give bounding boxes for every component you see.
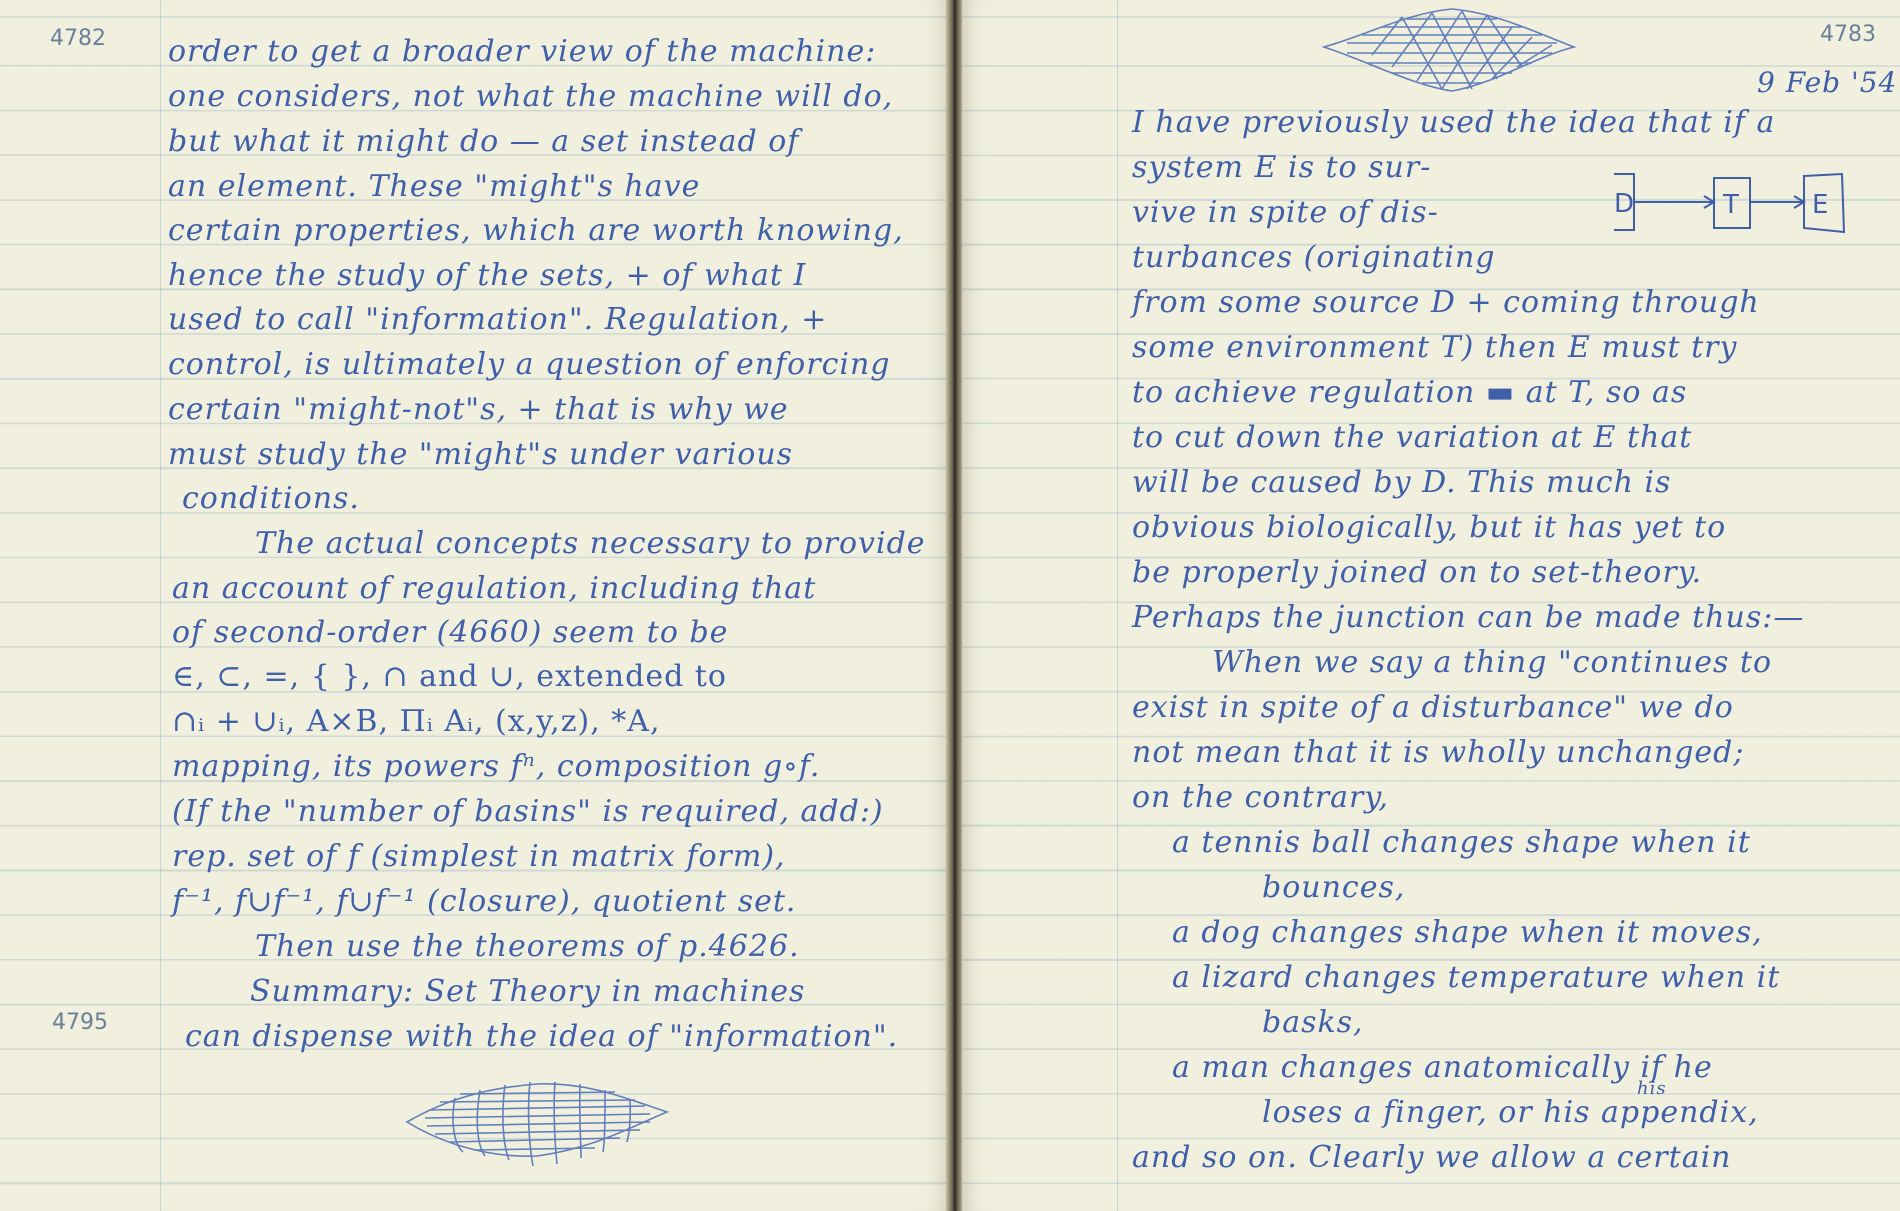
text-line: conditions.	[182, 481, 360, 516]
text-line: a lizard changes temperature when it	[1172, 960, 1780, 995]
text-line: certain properties, which are worth know…	[168, 213, 904, 248]
text-line: turbances (originating	[1132, 240, 1496, 275]
text-line: will be caused by D. This much is	[1132, 465, 1671, 500]
text-line: exist in spite of a disturbance" we do	[1132, 690, 1734, 725]
text-line: a tennis ball changes shape when it	[1172, 825, 1751, 860]
text-line: The actual concepts necessary to provide	[255, 526, 926, 561]
text-line: I have previously used the idea that if …	[1132, 105, 1775, 140]
text-line: hence the study of the sets, + of what I	[168, 258, 806, 293]
text-line: bounces,	[1262, 870, 1405, 905]
text-line: (If the "number of basins" is required, …	[172, 794, 884, 829]
left-margin-line	[160, 0, 161, 1211]
text-line: vive in spite of dis-	[1132, 195, 1439, 230]
text-line: system E is to sur-	[1132, 150, 1431, 185]
diagram-node-e: E	[1812, 190, 1828, 220]
text-line: certain "might-not"s, + that is why we	[168, 392, 789, 427]
text-line: and so on. Clearly we allow a certain	[1132, 1140, 1732, 1175]
d-t-e-flow-diagram: D T E	[1612, 170, 1882, 240]
text-line: to cut down the variation at E that	[1132, 420, 1692, 455]
text-line: control, is ultimately a question of enf…	[168, 347, 891, 382]
page-number: 4782	[50, 26, 106, 51]
text-line: basks,	[1262, 1005, 1364, 1040]
text-line: of second-order (4660) seem to be	[172, 615, 728, 650]
crosshatch-doodle-icon	[1322, 5, 1577, 95]
text-line: to achieve regulation ▬ at T, so as	[1132, 375, 1687, 410]
text-line: one considers, not what the machine will…	[168, 79, 893, 114]
text-line: be properly joined on to set-theory.	[1132, 555, 1702, 590]
text-line: from some source D + coming through	[1132, 285, 1760, 320]
text-line: some environment T) then E must try	[1132, 330, 1737, 365]
right-notebook-page: 4783 9 Feb '54 I have previously used th…	[962, 0, 1900, 1211]
text-line: rep. set of f (simplest in matrix form),	[172, 839, 786, 874]
diagram-node-t: T	[1722, 190, 1739, 220]
margin-note-number: 4795	[52, 1010, 108, 1035]
crosshatch-doodle-icon	[405, 1070, 670, 1170]
text-line: not mean that it is wholly unchanged;	[1132, 735, 1744, 770]
text-line: must study the "might"s under various	[168, 437, 793, 472]
math-line: ∈, ⊂, =, { }, ∩ and ∪, extended to	[172, 659, 727, 694]
math-line: ∩ᵢ + ∪ᵢ, A×B, Πᵢ Aᵢ, (x,y,z), *A,	[172, 704, 661, 739]
text-line: Then use the theorems of p.4626.	[255, 929, 800, 964]
text-line: a man changes anatomically if he	[1172, 1050, 1713, 1085]
text-line: When we say a thing "continues to	[1212, 645, 1772, 680]
summary-line: Summary: Set Theory in machines	[250, 974, 805, 1009]
text-line: but what it might do — a set instead of	[168, 124, 799, 159]
right-margin-line	[1117, 0, 1118, 1211]
left-notebook-page: 4782 4795 order to get a broader view of…	[0, 0, 950, 1211]
text-line: f⁻¹, f∪f⁻¹, f∪f⁻¹ (closure), quotient se…	[172, 884, 796, 919]
text-line: obvious biologically, but it has yet to	[1132, 510, 1726, 545]
text-line: on the contrary,	[1132, 780, 1389, 815]
text-line: mapping, its powers fⁿ, composition g∘f.	[172, 749, 820, 784]
text-line: can dispense with the idea of "informati…	[185, 1019, 898, 1054]
text-line: an element. These "might"s have	[168, 169, 700, 204]
text-line: a dog changes shape when it moves,	[1172, 915, 1763, 950]
diagram-node-d: D	[1614, 189, 1634, 219]
text-line: loses a finger, or his appendix,	[1262, 1095, 1759, 1130]
text-line: an account of regulation, including that	[172, 571, 816, 606]
page-number: 4783	[1820, 22, 1876, 47]
text-line: order to get a broader view of the machi…	[168, 34, 876, 69]
entry-date: 9 Feb '54	[1757, 66, 1897, 99]
text-line: used to call "information". Regulation, …	[168, 302, 827, 337]
text-line: Perhaps the junction can be made thus:—	[1132, 600, 1804, 635]
